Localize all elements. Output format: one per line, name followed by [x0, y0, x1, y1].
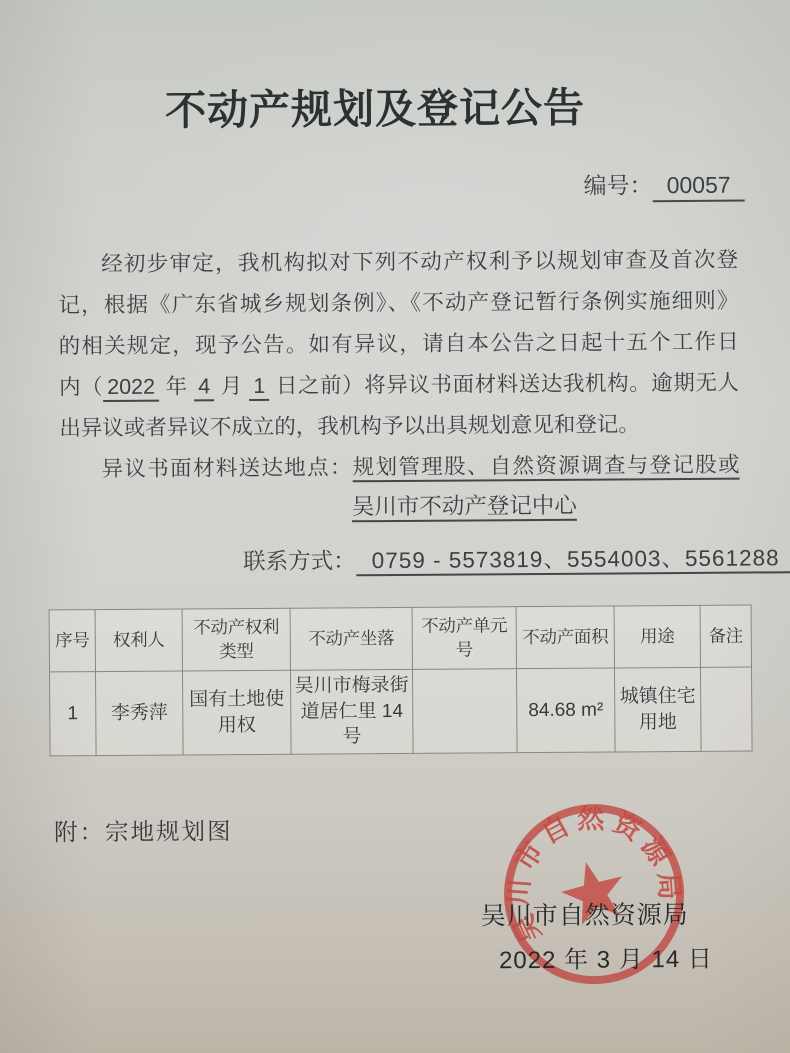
body-line-1: 经初步审定，我机构拟对下列不动产权利予以规划审查及首次登: [58, 240, 738, 286]
announcement-table: 序号 权利人 不动产权利类型 不动产坐落 不动产单元号 不动产面积 用途 备注 …: [49, 605, 753, 757]
header-cell-right-type: 不动产权利类型: [182, 608, 290, 671]
body-line-2: 记，根据《广东省城乡规划条例》、《不动产登记暂行条例实施细则》: [58, 281, 738, 327]
body-line-5: 出异议或者异议不成立的，我机构予以出具规划意见和登记。: [59, 404, 739, 450]
body-paragraph: 经初步审定，我机构拟对下列不动产权利予以规划审查及首次登 记，根据《广东省城乡规…: [58, 240, 740, 491]
header-cell-holder: 权利人: [95, 609, 182, 672]
body-line-4-mid2: 月: [214, 374, 249, 398]
header-cell-area: 不动产面积: [516, 606, 614, 669]
contact-label: 联系方式：: [243, 548, 356, 574]
cell-remark: [700, 667, 752, 751]
deadline-day: 1: [249, 374, 269, 401]
body-line-4: 内（2022 年 4 月 1 日之前）将异议书面材料送达我机构。逾期无人提: [59, 363, 739, 409]
body-line-3: 的相关规定，现予公告。如有异议，请自本公告之日起十五个工作日: [59, 322, 739, 368]
serial-number-line: 编号：00057: [583, 167, 744, 203]
serial-value: 00057: [653, 172, 745, 203]
body-line-4-pre: 内（: [59, 375, 103, 399]
body-line-4-mid1: 年: [159, 374, 194, 398]
cell-holder: 李秀萍: [96, 671, 184, 756]
delivery-location-line: 异议书面材料送达地点：规划管理股、自然资源调查与登记股或: [59, 445, 739, 491]
deadline-year: 2022: [103, 375, 159, 402]
header-cell-location: 不动产坐落: [290, 607, 412, 670]
cell-unit-no: [412, 669, 517, 754]
table-row: 1 李秀萍 国有土地使用权 吴川市梅录街道居仁里 14 号 84.68 m² 城…: [50, 667, 753, 756]
contact-phones: 0759 - 5573819、5554003、5561288: [356, 545, 790, 576]
attachment-note: 附：宗地规划图: [54, 812, 233, 847]
cell-right-type: 国有土地使用权: [183, 670, 292, 755]
header-cell-index: 序号: [49, 610, 95, 672]
issuer-name: 吴川市自然资源局: [481, 895, 689, 932]
serial-label: 编号：: [584, 172, 653, 198]
announcement-document: 不动产规划及登记公告 编号：00057 经初步审定，我机构拟对下列不动产权利予以…: [0, 0, 790, 1053]
header-cell-use: 用途: [614, 605, 700, 668]
deadline-month: 4: [194, 374, 214, 401]
header-cell-unit-no: 不动产单元号: [412, 607, 516, 670]
delivery-location-value: 规划管理股、自然资源调查与登记股或: [353, 453, 740, 483]
contact-line: 联系方式：0759 - 5573819、5554003、5561288: [243, 540, 790, 576]
issue-date: 2022 年 3 月 14 日: [499, 939, 713, 975]
delivery-location-label: 异议书面材料送达地点：: [102, 455, 353, 481]
cell-use: 城镇住宅用地: [614, 667, 701, 752]
delivery-location-line2: 吴川市不动产登记中心: [352, 488, 577, 522]
page-title: 不动产规划及登记公告: [0, 73, 770, 138]
delivery-location-value2: 吴川市不动产登记中心: [352, 493, 577, 523]
cell-index: 1: [50, 672, 97, 756]
photo-background: 不动产规划及登记公告 编号：00057 经初步审定，我机构拟对下列不动产权利予以…: [0, 0, 790, 1053]
cell-location: 吴川市梅录街道居仁里 14 号: [291, 669, 414, 754]
table-header-row: 序号 权利人 不动产权利类型 不动产坐落 不动产单元号 不动产面积 用途 备注: [49, 605, 751, 672]
cell-area: 84.68 m²: [516, 668, 615, 753]
header-cell-remark: 备注: [700, 605, 751, 667]
